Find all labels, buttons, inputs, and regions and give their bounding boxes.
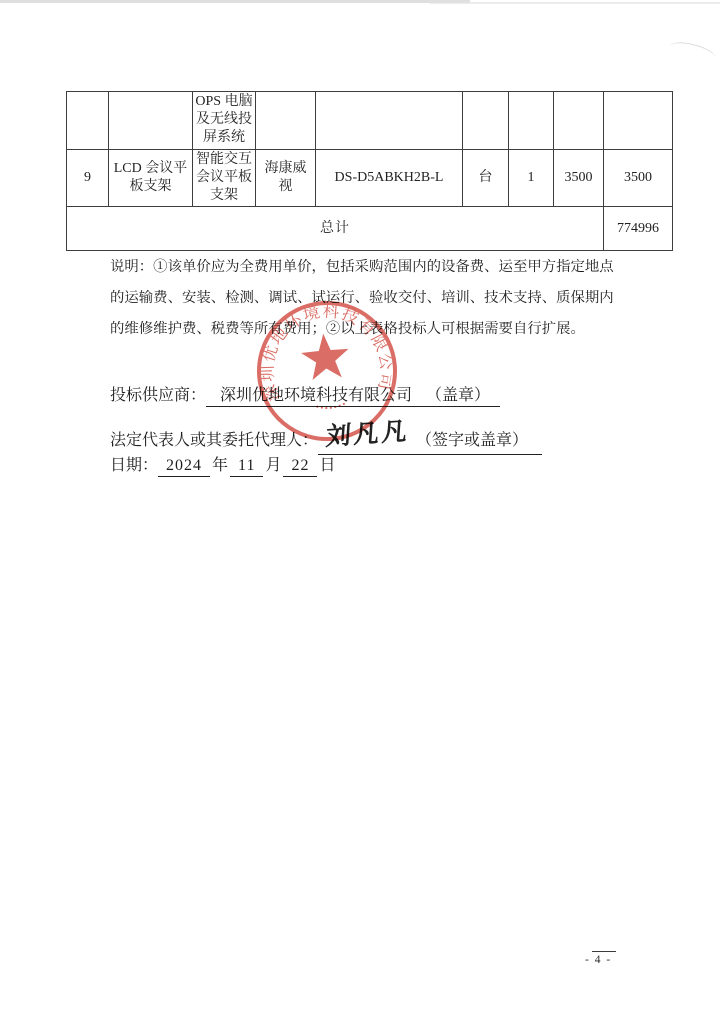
agent-label: 法定代表人或其委托代理人： [110,432,318,449]
cell-name: LCD 会议平板支架 [109,149,193,207]
date-month: 11 [230,457,263,477]
handwritten-signature: 刘凡凡 [325,411,411,453]
cell-unit: 台 [463,149,509,207]
scan-edge-artifact [430,2,720,4]
scan-edge-artifact [667,38,718,66]
date-month-unit: 月 [265,457,281,474]
agent-line: 法定代表人或其委托代理人：刘凡凡（签字或盖章） [110,417,542,440]
date-year: 2024 [158,457,210,477]
table-row-carryover: OPS 电脑及无线投屏系统 [67,92,673,150]
notes-line: 的运输费、安装、检测、调试、试运行、验收交付、培训、技术支持、质保期内 [110,283,614,314]
date-day: 22 [283,457,317,477]
signature-block: 投标供应商：深圳优地环境科技有限公司（盖章） 法定代表人或其委托代理人：刘凡凡（… [110,382,542,487]
date-line: 日期：2024年11月22日 [110,452,542,475]
supplier-name: 深圳优地环境科技有限公司 [220,387,412,404]
date-label: 日期： [110,457,158,474]
cell-name [109,92,193,150]
page-number: - 4 - [585,954,612,966]
cell-brand [256,92,316,150]
supplier-line: 投标供应商：深圳优地环境科技有限公司（盖章） [110,382,542,405]
cell-no [67,92,109,150]
model-text: DS-D5ABKH2B-L [335,169,444,187]
supplier-label: 投标供应商： [110,387,206,404]
footer-rule [592,951,616,952]
cell-total-price: 3500 [604,149,673,207]
notes-line: 说明：①该单价应为全费用单价，包括采购范围内的设备费、运至甲方指定地点 [110,252,614,283]
sign-hint: （签字或盖章） [416,432,528,449]
date-day-unit: 日 [319,457,335,474]
table-row-item-9: 9 LCD 会议平板支架 智能交互会议平板支架 海康威视 DS-D5ABKH2B… [67,149,673,207]
cell-total-price [604,92,673,150]
cell-desc: 智能交互会议平板支架 [193,149,256,207]
scan-edge-artifact [0,0,470,3]
total-value: 774996 [604,207,673,251]
cell-model: DS-D5ABKH2B-L [316,149,463,207]
cell-model [316,92,463,150]
cell-desc: OPS 电脑及无线投屏系统 [193,92,256,150]
cell-unit-price [554,92,604,150]
cell-unit-price: 3500 [554,149,604,207]
cell-unit [463,92,509,150]
document-page: OPS 电脑及无线投屏系统 9 LCD 会议平板支架 智能交互会议平板支架 海康… [0,0,723,1024]
supplier-underline: 深圳优地环境科技有限公司（盖章） [206,382,500,407]
agent-underline: 刘凡凡（签字或盖章） [318,417,542,455]
date-year-unit: 年 [212,457,228,474]
notes-line: 的维修维护费、税费等所有费用；②以上表格投标人可根据需要自行扩展。 [110,314,614,345]
table-row-total: 总计 774996 [67,207,673,251]
seal-hint: （盖章） [426,387,490,404]
bid-price-table: OPS 电脑及无线投屏系统 9 LCD 会议平板支架 智能交互会议平板支架 海康… [66,91,673,251]
cell-qty: 1 [509,149,554,207]
notes-paragraph: 说明：①该单价应为全费用单价，包括采购范围内的设备费、运至甲方指定地点 的运输费… [110,252,614,345]
cell-brand: 海康威视 [256,149,316,207]
cell-qty [509,92,554,150]
cell-no: 9 [67,149,109,207]
total-label: 总计 [67,207,604,251]
